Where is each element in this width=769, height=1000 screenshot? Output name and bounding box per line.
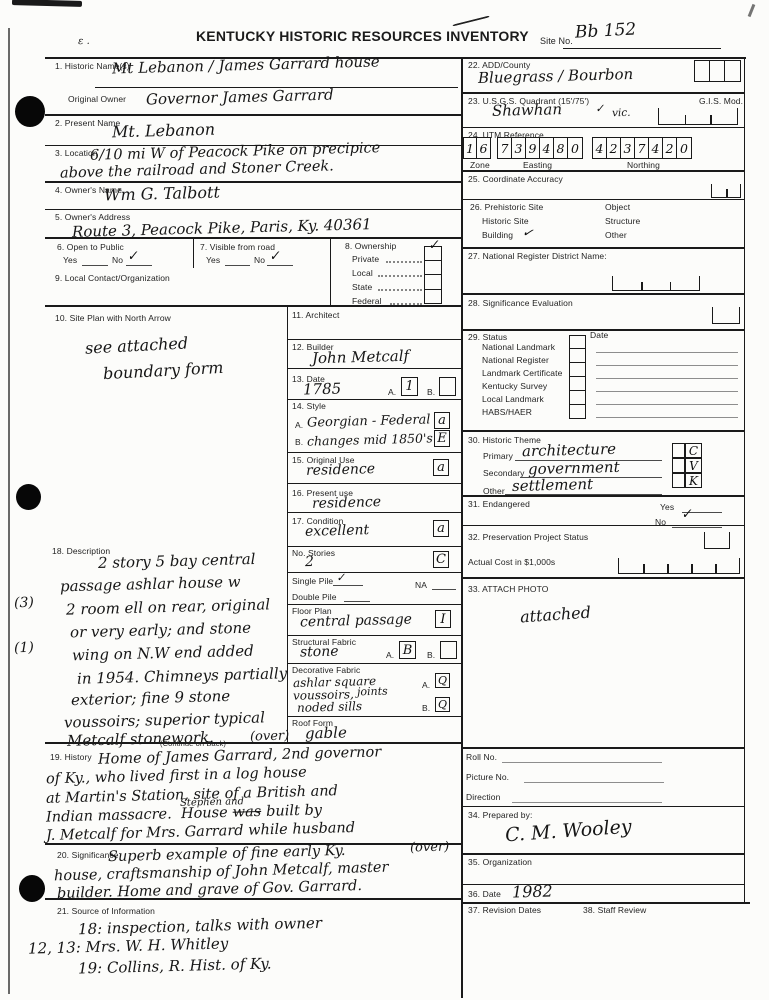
theme-other-code: K xyxy=(685,473,702,488)
history-line4-part: built by xyxy=(266,802,322,819)
ownership-local-label: Local xyxy=(352,269,373,279)
divider xyxy=(45,237,463,239)
description-line: 2 story 5 bay central xyxy=(98,550,256,572)
field7-yes-label: Yes xyxy=(206,256,220,266)
ownership-state-label: State xyxy=(352,283,372,293)
code-cell xyxy=(725,61,740,81)
single-pile-check: ✓ xyxy=(336,570,347,584)
field14-b-box: E xyxy=(434,430,450,447)
original-owner-label: Original Owner xyxy=(68,95,126,105)
site-no-label: Site No. xyxy=(540,36,573,46)
field33-value: attached xyxy=(519,603,591,627)
divider xyxy=(461,525,745,526)
field19-label: 19. History xyxy=(50,753,92,763)
utm-digit: 4 xyxy=(540,138,554,158)
status-checkbox xyxy=(569,349,586,363)
divider xyxy=(461,577,745,579)
roof-form-value: gable xyxy=(305,723,347,742)
utm-digit: 7 xyxy=(498,138,512,158)
field14-a-value: Georgian - Federal xyxy=(307,412,431,430)
significance-evaluation-box xyxy=(712,307,740,324)
field21-label: 21. Source of Information xyxy=(57,907,155,917)
single-pile-label: Single Pile xyxy=(292,577,333,587)
hole-punch xyxy=(19,875,45,902)
field26-historic-label: Historic Site xyxy=(482,217,529,227)
code-cell xyxy=(710,61,725,81)
endangered-yes-label: Yes xyxy=(660,503,674,513)
field6-no-label: No xyxy=(112,256,123,266)
status-date-line xyxy=(596,378,738,379)
cell-tick xyxy=(643,564,645,573)
field12-value: John Metcalf xyxy=(312,347,410,368)
status-item-label: Kentucky Survey xyxy=(482,382,547,392)
utm-digit: 4 xyxy=(649,138,663,158)
field7-no-label: No xyxy=(254,256,265,266)
floor-plan-box: I xyxy=(435,610,451,628)
divider xyxy=(330,238,331,305)
description-line: voussoirs; superior typical xyxy=(64,708,265,731)
field11-label: 11. Architect xyxy=(292,311,339,321)
picture-no-line xyxy=(524,782,664,783)
utm-digit: 7 xyxy=(635,138,649,158)
utm-northing-cells: 4 2 3 7 4 2 0 xyxy=(592,137,692,159)
field31-label: 31. Endangered xyxy=(468,500,530,510)
field22-value: Bluegrass / Bourbon xyxy=(478,65,634,87)
cell-tick xyxy=(670,282,672,290)
divider xyxy=(461,430,745,432)
ownership-checkbox-stack xyxy=(424,246,442,304)
cell-tick xyxy=(685,115,687,124)
decorative-b-label: B. xyxy=(422,704,430,714)
picture-no-label: Picture No. xyxy=(466,773,509,783)
gis-mod-box xyxy=(658,108,738,125)
field7-no-check: ✓ xyxy=(269,248,282,264)
page-title: KENTUCKY HISTORIC RESOURCES INVENTORY xyxy=(196,28,526,44)
description-line: passage ashlar house w xyxy=(60,573,241,596)
status-date-label: Date xyxy=(590,331,608,341)
ownership-local-checkbox xyxy=(424,261,442,276)
description-line: wing on N.W end added xyxy=(72,642,254,665)
field32-label: 32. Preservation Project Status xyxy=(468,533,588,543)
description-line: or very early; and stone xyxy=(70,619,252,642)
divider xyxy=(45,209,462,210)
structural-b-label: B. xyxy=(427,651,435,661)
stories-value: 2 xyxy=(305,554,314,570)
field14-b-label: B. xyxy=(295,438,303,448)
field7-yes-line xyxy=(225,265,250,266)
utm-digit: 0 xyxy=(568,138,582,158)
structural-fabric-value: stone xyxy=(300,643,339,660)
field14-a-label: A. xyxy=(295,421,303,431)
field10-value-line1: see attached xyxy=(85,333,189,357)
status-item-label: Local Landmark xyxy=(482,395,544,405)
description-line: exterior; fine 9 stone xyxy=(71,687,231,709)
divider xyxy=(461,127,745,128)
theme-code-cell xyxy=(672,443,685,458)
cell-tick xyxy=(710,115,712,124)
divider xyxy=(287,368,461,369)
field10-label: 10. Site Plan with North Arrow xyxy=(55,314,171,324)
scan-edge-line xyxy=(8,28,10,994)
divider xyxy=(287,399,461,400)
site-no-line xyxy=(563,48,721,49)
utm-digit: 3 xyxy=(621,138,635,158)
divider xyxy=(287,635,461,636)
ownership-federal-checkbox xyxy=(424,290,442,305)
utm-digit: 6 xyxy=(477,138,490,158)
divider xyxy=(45,898,463,900)
field7-no-line xyxy=(267,265,293,266)
field25-label: 25. Coordinate Accuracy xyxy=(468,175,563,185)
decorative-a-box: Q xyxy=(435,673,450,688)
status-item-label: National Register xyxy=(482,356,549,366)
field17-value: excellent xyxy=(305,522,370,540)
direction-line xyxy=(512,802,662,803)
theme-primary-value: architecture xyxy=(522,440,616,460)
utm-zone-cells: 1 6 xyxy=(463,137,491,159)
status-checkbox-stack xyxy=(569,335,586,419)
structural-a-label: A. xyxy=(386,651,394,661)
status-checkbox xyxy=(569,335,586,349)
stories-box: C xyxy=(433,551,449,568)
divider xyxy=(287,452,461,453)
field26-object-label: Object xyxy=(605,203,630,213)
theme-code-grid: C V K xyxy=(672,443,702,488)
district-code-box xyxy=(612,276,700,291)
endangered-no-line xyxy=(672,527,722,528)
dot-leader xyxy=(378,275,422,277)
field35-label: 35. Organization xyxy=(468,858,532,868)
field13-b-label: B. xyxy=(427,388,435,398)
field33-label: 33. ATTACH PHOTO xyxy=(468,585,548,595)
source-line2: 12, 13: Mrs. W. H. Whitley xyxy=(28,934,229,957)
divider xyxy=(461,806,745,807)
field10-value-line2: boundary form xyxy=(103,358,224,383)
field23-check: ✓ xyxy=(595,101,606,115)
gis-mod-label: G.I.S. Mod. xyxy=(699,97,743,107)
utm-digit: 4 xyxy=(593,138,607,158)
field13-a-box: 1 xyxy=(401,377,418,396)
description-margin-note: (3) xyxy=(14,595,34,612)
theme-secondary-code: V xyxy=(685,458,702,473)
status-item-label: HABS/HAER xyxy=(482,408,532,418)
history-inserted-word: Stephen and xyxy=(180,796,244,809)
field14-b-value: changes mid 1850's xyxy=(307,430,433,448)
divider xyxy=(287,604,461,605)
status-checkbox xyxy=(569,377,586,391)
ownership-state-checkbox xyxy=(424,275,442,290)
field13-value: 1785 xyxy=(303,380,342,399)
divider xyxy=(45,181,462,183)
status-date-line xyxy=(596,352,738,353)
cell-tick xyxy=(641,282,643,290)
cell-tick xyxy=(667,564,669,573)
status-date-line xyxy=(596,404,738,405)
field26-building-check: ✓ xyxy=(520,225,537,241)
endangered-no-label: No xyxy=(655,518,666,528)
add-county-cells xyxy=(694,60,741,82)
status-checkbox xyxy=(569,405,586,419)
dot-leader xyxy=(378,289,422,291)
scan-corner-mark xyxy=(748,4,756,17)
decorative-line3: noded sills xyxy=(297,699,362,715)
field23-vic-note: vic. xyxy=(612,107,631,119)
field6-no-line xyxy=(126,265,152,266)
roll-no-label: Roll No. xyxy=(466,753,497,763)
source-line3: 19: Collins, R. Hist. of Ky. xyxy=(78,954,272,977)
divider xyxy=(45,114,462,116)
field15-value: residence xyxy=(306,461,375,479)
field6-yes-line xyxy=(82,265,108,266)
status-date-line xyxy=(596,365,738,366)
field26-prehistoric-label: 26. Prehistoric Site xyxy=(470,203,543,213)
divider xyxy=(45,305,463,307)
theme-primary-code: C xyxy=(685,443,702,458)
roll-no-line xyxy=(502,762,662,763)
status-item-label: Landmark Certificate xyxy=(482,369,562,379)
status-date-line xyxy=(596,391,738,392)
divider xyxy=(744,57,745,902)
field15-box: a xyxy=(433,459,449,476)
field16-value: residence xyxy=(312,494,381,512)
pen-stroke-mark xyxy=(452,15,489,26)
double-pile-line xyxy=(344,601,370,602)
divider xyxy=(287,663,461,664)
divider xyxy=(461,747,745,749)
field28-label: 28. Significance Evaluation xyxy=(468,299,573,309)
status-checkbox xyxy=(569,391,586,405)
code-cell xyxy=(695,61,710,81)
field2-value: Mt. Lebanon xyxy=(112,120,216,142)
field14-label: 14. Style xyxy=(292,402,326,412)
theme-code-cell xyxy=(672,473,685,488)
divider xyxy=(45,742,462,744)
utm-digit: 1 xyxy=(464,138,477,158)
direction-label: Direction xyxy=(466,793,500,803)
cell-tick xyxy=(726,189,728,197)
decorative-a-label: A. xyxy=(422,681,430,691)
field2-label: 2. Present Name xyxy=(55,119,120,129)
field9-label: 9. Local Contact/Organization xyxy=(55,274,170,284)
na-label: NA xyxy=(415,581,427,591)
hole-punch xyxy=(16,484,41,510)
field7-label: 7. Visible from road xyxy=(200,243,275,253)
decorative-b-box: Q xyxy=(435,697,450,712)
structural-a-box: B xyxy=(399,641,416,659)
floor-plan-value: central passage xyxy=(300,612,412,631)
field13-a-label: A. xyxy=(388,388,396,398)
divider xyxy=(461,884,745,885)
divider xyxy=(461,199,745,200)
scan-edge-mark xyxy=(12,0,82,7)
site-no-value: Bb 152 xyxy=(575,19,637,42)
cell-tick xyxy=(691,564,693,573)
utm-digit: 3 xyxy=(512,138,526,158)
actual-cost-cells xyxy=(618,558,740,574)
utm-digit: 0 xyxy=(677,138,691,158)
field34-label: 34. Prepared by: xyxy=(468,811,532,821)
utm-digit: 8 xyxy=(554,138,568,158)
divider xyxy=(461,92,745,94)
divider xyxy=(461,247,745,249)
theme-code-cell xyxy=(672,458,685,473)
description-line: in 1954. Chimneys partially xyxy=(77,664,288,687)
field17-box: a xyxy=(433,520,449,537)
divider xyxy=(287,483,461,484)
divider xyxy=(287,716,461,717)
utm-digit: 2 xyxy=(607,138,621,158)
theme-other-value: settlement xyxy=(512,475,594,495)
over-note: (over) xyxy=(410,839,450,855)
status-checkbox xyxy=(569,363,586,377)
field6-no-check: ✓ xyxy=(127,248,140,264)
utm-digit: 2 xyxy=(663,138,677,158)
field36-value: 1982 xyxy=(512,881,553,901)
actual-cost-label: Actual Cost in $1,000s xyxy=(468,558,555,568)
hole-punch xyxy=(15,96,45,127)
divider xyxy=(461,902,750,904)
field6-yes-label: Yes xyxy=(63,256,77,266)
utm-easting-cells: 7 3 9 4 8 0 xyxy=(497,137,583,159)
field27-label: 27. National Register District Name: xyxy=(468,252,607,262)
divider xyxy=(193,238,194,268)
theme-primary-label: Primary xyxy=(483,452,513,462)
endangered-no-check: ✓ xyxy=(681,506,694,522)
structural-b-box xyxy=(440,641,457,659)
coordinate-accuracy-box xyxy=(711,184,741,198)
decorative-line1b: joints xyxy=(357,685,388,699)
field26-structure-label: Structure xyxy=(605,217,640,227)
dot-leader xyxy=(386,261,422,263)
field26-building-label: Building xyxy=(482,231,513,241)
field13-b-box xyxy=(439,377,456,396)
status-item-label: National Landmark xyxy=(482,343,555,353)
cell-tick xyxy=(715,564,717,573)
description-line: 2 room ell on rear, original xyxy=(66,595,270,618)
description-margin-note: (1) xyxy=(14,640,34,657)
field26-other-label: Other xyxy=(605,231,627,241)
field14-a-box: a xyxy=(434,412,450,429)
single-pile-line xyxy=(333,585,363,586)
divider xyxy=(461,495,745,497)
divider xyxy=(287,546,461,547)
na-line xyxy=(432,589,456,590)
field36-label: 36. Date xyxy=(468,890,501,900)
divider xyxy=(287,339,461,340)
history-line2: of Ky., who lived first in a log house xyxy=(46,765,307,788)
field23-value: Shawhan xyxy=(492,100,562,120)
field37-label: 37. Revision Dates xyxy=(468,906,541,916)
field8-label: 8. Ownership xyxy=(345,242,396,252)
divider xyxy=(287,512,461,513)
field38-label: 38. Staff Review xyxy=(583,906,646,916)
field4-value: Wm G. Talbott xyxy=(104,182,220,204)
original-owner-value: Governor James Garrard xyxy=(146,86,334,109)
scanned-inventory-form: ε . KENTUCKY HISTORIC RESOURCES INVENTOR… xyxy=(0,0,769,1000)
field6-label: 6. Open to Public xyxy=(57,243,124,253)
divider xyxy=(287,572,461,573)
divider xyxy=(461,293,745,295)
ownership-private-label: Private xyxy=(352,255,379,265)
preservation-status-box xyxy=(704,532,730,549)
divider xyxy=(461,170,745,172)
divider xyxy=(461,853,745,855)
utm-digit: 9 xyxy=(526,138,540,158)
stray-mark: ε . xyxy=(78,36,90,47)
double-pile-label: Double Pile xyxy=(292,593,337,603)
status-date-line xyxy=(596,417,738,418)
